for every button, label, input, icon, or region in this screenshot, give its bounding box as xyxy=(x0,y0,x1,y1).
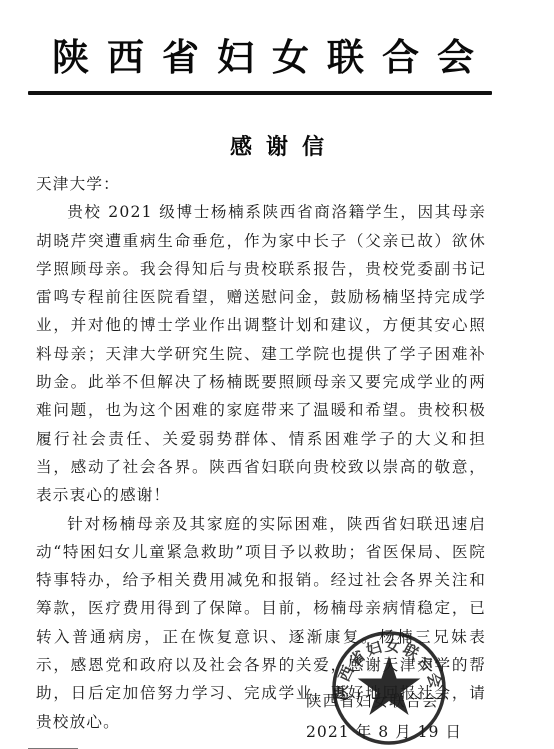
letter-title: 感谢信 xyxy=(0,130,554,161)
signature-organization: 陕西省妇女联合会 xyxy=(306,689,439,711)
letterhead-divider xyxy=(28,91,492,95)
paragraph-1: 贵校 2021 级博士杨楠系陕西省商洛籍学生，因其母亲胡晓芹突遭重病生命垂危，作… xyxy=(36,198,486,509)
salutation: 天津大学： xyxy=(36,170,486,198)
letter-date: 2021 年 8 月 19 日 xyxy=(306,720,462,742)
letterhead-organization: 陕西省妇女联合会 xyxy=(28,30,498,86)
